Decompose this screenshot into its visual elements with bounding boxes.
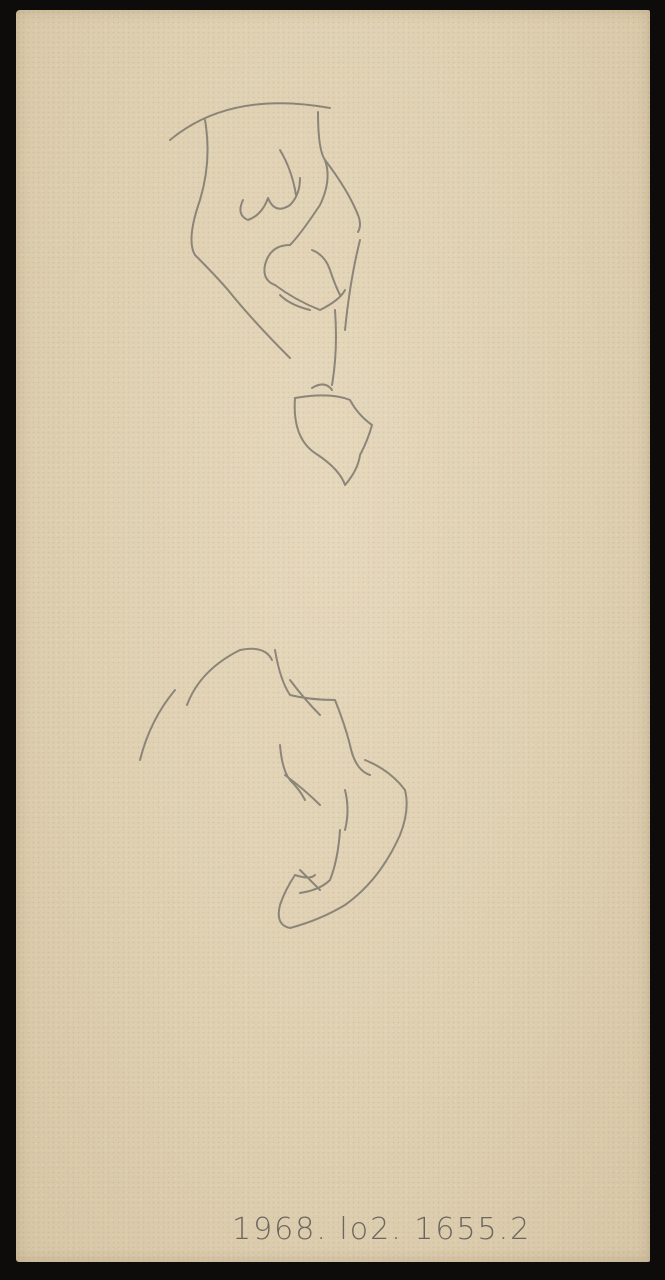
accession-number: 1968. lo2. 1655.2 (232, 1212, 531, 1247)
lower-head-sketch (140, 649, 407, 928)
pencil-sketch (0, 0, 665, 1280)
upper-head-sketch (170, 103, 372, 485)
